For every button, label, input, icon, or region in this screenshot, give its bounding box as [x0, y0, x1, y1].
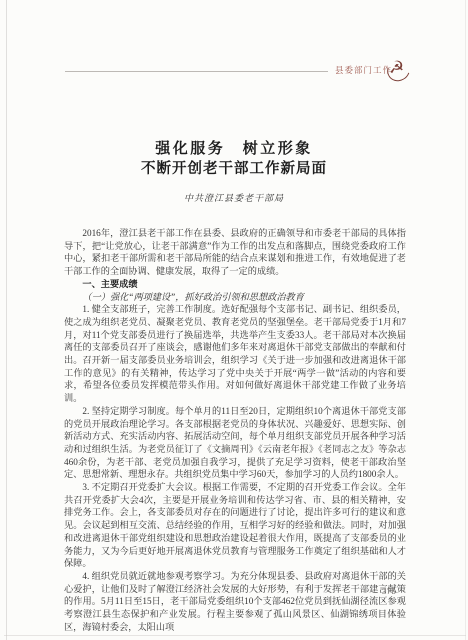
paragraph: 2016年，澄江县老干部工作在县委、县政府的正确领导和市委老干部局的具体指导下，…: [64, 227, 406, 278]
section-header-label: 县委部门工作: [335, 64, 392, 76]
section-heading: 一、主要成绩: [64, 278, 406, 291]
section-heading: （一）强化“两项建设”，抓好政治引领和思想政治教育: [64, 291, 406, 304]
party-emblem-icon: ☭: [387, 56, 411, 82]
paragraph: 4. 组织党员就近就地参观考察学习。为充分体现县委、县政府对离退休干部的关心爱护…: [64, 570, 406, 634]
article-title: 强化服务 树立形象 不断开创老干部工作新局面: [0, 139, 468, 180]
body-paragraphs: 2016年，澄江县老干部工作在县委、县政府的正确领导和市委老干部局的具体指导下，…: [64, 227, 406, 634]
header-rule: [65, 71, 328, 72]
paragraph: 1. 健全支部班子，完善工作制度。选好配强每个支部书记、副书记、组织委员，使之成…: [64, 303, 406, 405]
hammer-sickle-icon: ☭: [389, 58, 404, 78]
scan-edge-left: [6, 0, 7, 640]
author-byline: 中共澄江县委老干部局: [0, 191, 468, 204]
scan-edge-bottom: [4, 635, 466, 636]
document-page: 县委部门工作 ☭ 强化服务 树立形象 不断开创老干部工作新局面 中共澄江县委老干…: [0, 0, 468, 640]
title-line-1: 强化服务 树立形象: [0, 139, 468, 159]
title-line-2: 不断开创老干部工作新局面: [0, 159, 468, 180]
page-number: 375: [382, 586, 396, 596]
paragraph: 3. 不定期召开党委扩大会议。根据工作需要，不定期的召开党委工作会议。全年共召开…: [64, 481, 406, 570]
scan-edge-right: [465, 0, 466, 640]
paragraph: 2. 坚持定期学习制度。每个单月的11日至20日，定期组织10个离退休干部党支部…: [64, 405, 406, 481]
